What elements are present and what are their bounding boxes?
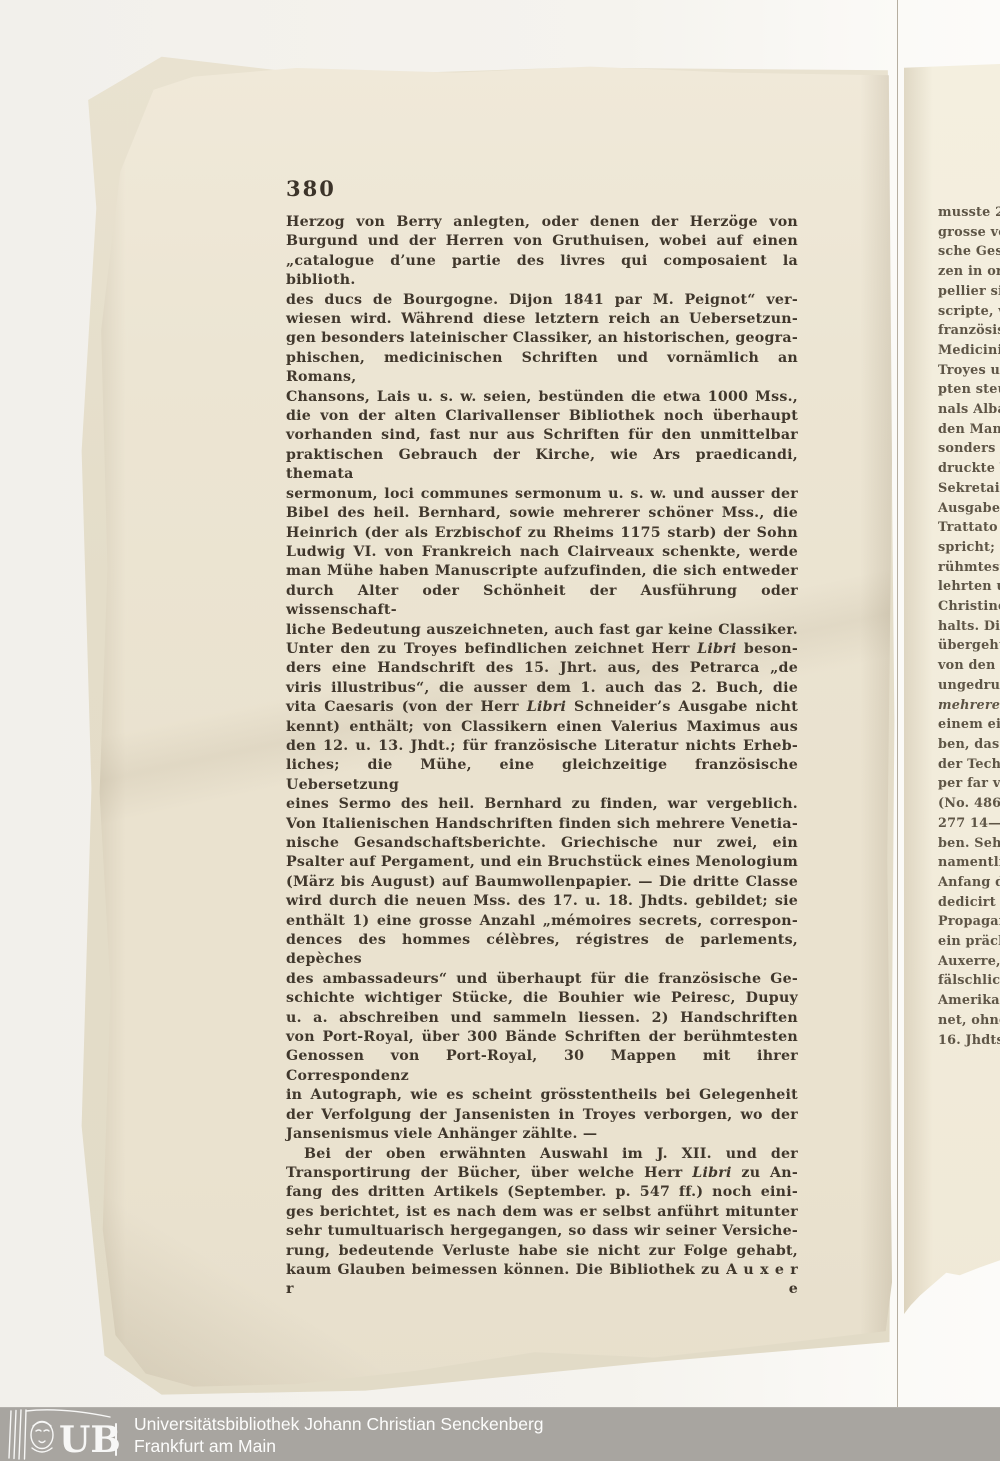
scanned-page: 380 Herzog von Berry anlegten, oder dene… xyxy=(98,66,892,1388)
library-footer-bar: UB Universitätsbibliothek Johann Christi… xyxy=(0,1407,1000,1461)
footer-institution-city: Frankfurt am Main xyxy=(134,1435,544,1457)
page-seam-line xyxy=(897,0,898,1408)
adjacent-page-fragment: musste 29 hgrosse vonsche Geschiczen in … xyxy=(904,64,1000,1314)
ub-library-logo-icon: UB xyxy=(6,1408,124,1461)
footer-text: Universitätsbibliothek Johann Christian … xyxy=(134,1413,544,1457)
page-number: 380 xyxy=(286,176,336,201)
scan-background: 380 Herzog von Berry anlegten, oder dene… xyxy=(0,0,1000,1461)
page-text-block: Herzog von Berry anlegten, oder denen de… xyxy=(286,213,798,1300)
paragraph: Herzog von Berry anlegten, oder denen de… xyxy=(286,213,798,1145)
footer-institution-name: Universitätsbibliothek Johann Christian … xyxy=(134,1413,544,1435)
paragraph: Bei der oben erwähnten Auswahl im J. XII… xyxy=(286,1145,798,1300)
ub-logo-text: UB xyxy=(59,1419,121,1461)
fragment-text-block: musste 29 hgrosse vonsche Geschiczen in … xyxy=(938,203,1000,1050)
